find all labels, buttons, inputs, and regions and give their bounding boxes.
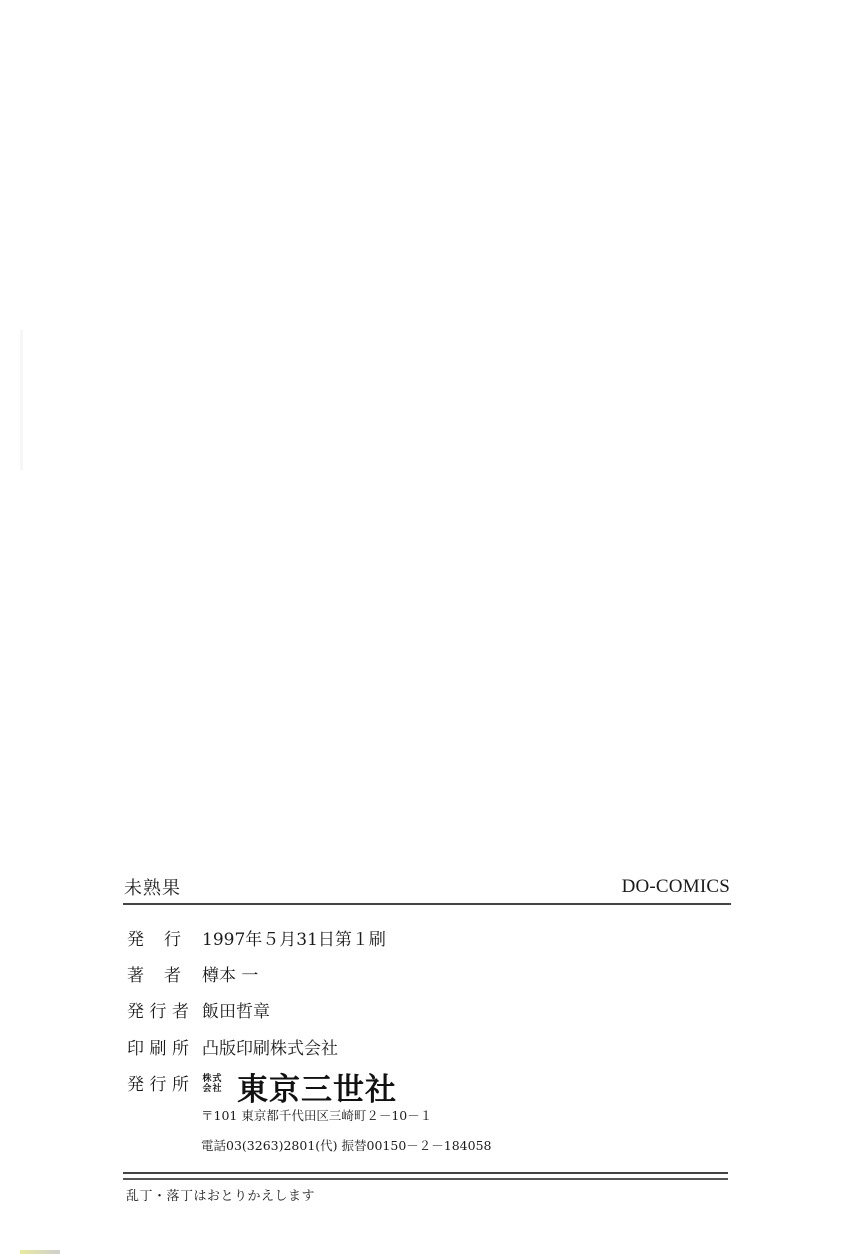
series-name: DO-COMICS	[622, 876, 730, 898]
row-label: 発 行 所	[127, 1070, 189, 1095]
kabushiki-gaisha-mark: 株 式 会 社	[202, 1074, 222, 1094]
replacement-notice: 乱丁・落丁はおとりかえします	[126, 1185, 315, 1204]
footer-rule-lower	[123, 1178, 728, 1180]
publisher-person: 飯田哲章	[202, 997, 270, 1022]
publisher-address: 〒101 東京都千代田区三崎町２－10－１	[201, 1106, 432, 1124]
footer-rule-upper	[123, 1172, 728, 1174]
row-label: 印 刷 所	[127, 1034, 189, 1059]
author-name: 樽本 一	[202, 961, 258, 986]
printer-name: 凸版印刷株式会社	[202, 1034, 338, 1059]
row-label: 発 行 者	[127, 997, 189, 1022]
scan-corner-mark	[20, 1250, 60, 1254]
publisher-phone: 電話03(3263)2801(代) 振替00150－２－184058	[201, 1136, 492, 1154]
issue-date: 1997年５月31日第１刷	[202, 925, 386, 950]
publisher-name: 東京三世社	[237, 1064, 397, 1109]
book-title: 未熟果	[124, 874, 181, 900]
colophon-header: 未熟果 DO-COMICS	[124, 874, 730, 900]
header-rule	[123, 903, 731, 905]
row-label: 著 者	[127, 961, 181, 986]
page-edge-shadow	[20, 330, 23, 470]
row-label: 発 行	[127, 925, 181, 950]
